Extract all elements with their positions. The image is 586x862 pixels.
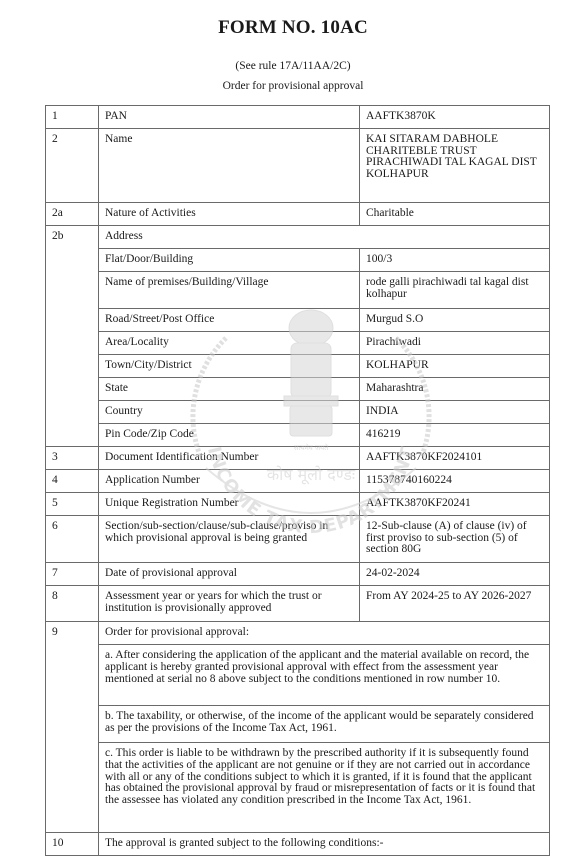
row-label: Name [99, 129, 360, 203]
row-label: Assessment year or years for which the t… [99, 586, 360, 622]
form-subtitle: Order for provisional approval [0, 80, 586, 92]
address-field-row: Pin Code/Zip Code 416219 [46, 424, 550, 447]
row-number: 2 [46, 129, 99, 203]
table-row-conditions: 10 The approval is granted subject to th… [46, 833, 550, 856]
address-field-label: Flat/Door/Building [99, 249, 360, 272]
address-field-label: Road/Street/Post Office [99, 309, 360, 332]
form-title: FORM NO. 10AC [0, 17, 586, 39]
address-field-label: Name of premises/Building/Village [99, 272, 360, 309]
row-label: Application Number [99, 470, 360, 493]
address-field-value: Murgud S.O [360, 309, 550, 332]
table-row-urn: 5 Unique Registration Number AAFTK3870KF… [46, 493, 550, 516]
row-label: The approval is granted subject to the f… [99, 833, 550, 856]
rule-reference: (See rule 17A/11AA/2C) [0, 60, 586, 72]
address-field-value: KOLHAPUR [360, 355, 550, 378]
address-field-row: Flat/Door/Building 100/3 [46, 249, 550, 272]
table-row-nature: 2a Nature of Activities Charitable [46, 203, 550, 226]
name-value: KAI SITARAM DABHOLE CHARITEBLE TRUST PIR… [360, 129, 550, 203]
order-paragraph-a: a. After considering the application of … [99, 645, 550, 706]
address-field-row: Road/Street/Post Office Murgud S.O [46, 309, 550, 332]
row-label: Document Identification Number [99, 447, 360, 470]
table-row-address: 2b Address [46, 226, 550, 249]
address-field-value: Maharashtra [360, 378, 550, 401]
row-label: Unique Registration Number [99, 493, 360, 516]
din-value: AAFTK3870KF2024101 [360, 447, 550, 470]
assessment-year-value: From AY 2024-25 to AY 2026-2027 [360, 586, 550, 622]
urn-value: AAFTK3870KF20241 [360, 493, 550, 516]
address-field-value: INDIA [360, 401, 550, 424]
table-row-assessment-year: 8 Assessment year or years for which the… [46, 586, 550, 622]
table-row-name: 2 Name KAI SITARAM DABHOLE CHARITEBLE TR… [46, 129, 550, 203]
address-field-label: Area/Locality [99, 332, 360, 355]
application-number-value: 115378740160224 [360, 470, 550, 493]
row-number: 10 [46, 833, 99, 856]
row-number: 9 [46, 622, 99, 833]
order-paragraph-row: a. After considering the application of … [46, 645, 550, 706]
address-field-label: State [99, 378, 360, 401]
row-number: 2a [46, 203, 99, 226]
row-label: Date of provisional approval [99, 563, 360, 586]
nature-value: Charitable [360, 203, 550, 226]
table-row-order: 9 Order for provisional approval: [46, 622, 550, 645]
address-field-row: State Maharashtra [46, 378, 550, 401]
address-field-value: 100/3 [360, 249, 550, 272]
row-number: 1 [46, 106, 99, 129]
table-row-pan: 1 PAN AAFTK3870K [46, 106, 550, 129]
row-label: PAN [99, 106, 360, 129]
table-row-date: 7 Date of provisional approval 24-02-202… [46, 563, 550, 586]
row-number: 3 [46, 447, 99, 470]
table-row-din: 3 Document Identification Number AAFTK38… [46, 447, 550, 470]
order-paragraph-row: b. The taxability, or otherwise, of the … [46, 706, 550, 743]
row-number: 7 [46, 563, 99, 586]
address-field-row: Town/City/District KOLHAPUR [46, 355, 550, 378]
address-field-value: Pirachiwadi [360, 332, 550, 355]
row-number: 6 [46, 516, 99, 563]
address-field-row: Name of premises/Building/Village rode g… [46, 272, 550, 309]
address-field-label: Town/City/District [99, 355, 360, 378]
row-number: 8 [46, 586, 99, 622]
address-field-label: Country [99, 401, 360, 424]
section-value: 12-Sub-clause (A) of clause (iv) of firs… [360, 516, 550, 563]
address-field-row: Country INDIA [46, 401, 550, 424]
row-number: 5 [46, 493, 99, 516]
row-label: Section/sub-section/clause/sub-clause/pr… [99, 516, 360, 563]
approval-date-value: 24-02-2024 [360, 563, 550, 586]
row-number: 2b [46, 226, 99, 447]
row-number: 4 [46, 470, 99, 493]
address-field-value: 416219 [360, 424, 550, 447]
row-label: Nature of Activities [99, 203, 360, 226]
row-label: Address [99, 226, 550, 249]
pan-value: AAFTK3870K [360, 106, 550, 129]
address-field-row: Area/Locality Pirachiwadi [46, 332, 550, 355]
address-field-label: Pin Code/Zip Code [99, 424, 360, 447]
table-row-application: 4 Application Number 115378740160224 [46, 470, 550, 493]
row-label: Order for provisional approval: [99, 622, 550, 645]
provisional-approval-table: 1 PAN AAFTK3870K 2 Name KAI SITARAM DABH… [45, 105, 550, 856]
table-row-section: 6 Section/sub-section/clause/sub-clause/… [46, 516, 550, 563]
order-paragraph-b: b. The taxability, or otherwise, of the … [99, 706, 550, 743]
order-paragraph-row: c. This order is liable to be withdrawn … [46, 743, 550, 833]
address-field-value: rode galli pirachiwadi tal kagal dist ko… [360, 272, 550, 309]
order-paragraph-c: c. This order is liable to be withdrawn … [99, 743, 550, 833]
